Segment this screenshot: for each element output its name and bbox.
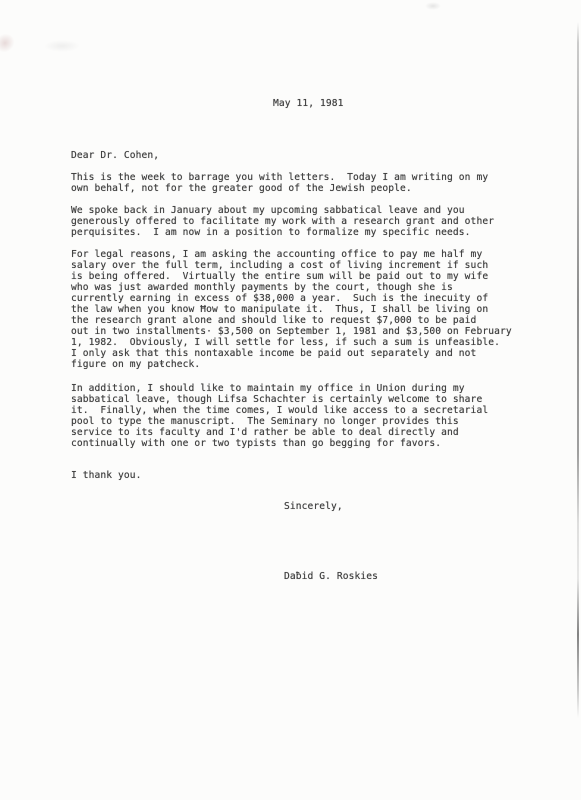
letter-paragraph-4: In addition, I should like to maintain m… [71, 383, 488, 449]
letter-closing: Sincerely, [284, 501, 343, 512]
scanned-letter-page: May 11, 1981 Dear Dr. Cohen, This is the… [0, 0, 581, 800]
letter-paragraph-3: For legal reasons, I am asking the accou… [71, 249, 512, 370]
scan-smudge-left [44, 40, 80, 52]
letter-date: May 11, 1981 [273, 98, 344, 109]
letter-paragraph-2: We spoke back in January about my upcomi… [71, 205, 494, 238]
scan-smudge-top [425, 2, 441, 10]
letter-paragraph-1: This is the week to barrage you with let… [71, 172, 488, 194]
letter-signature-name: Daƀid G. Roskies [284, 571, 378, 582]
letter-thanks-line: I thank you. [71, 470, 142, 481]
scan-smudge-top-left [0, 30, 18, 57]
letter-salutation: Dear Dr. Cohen, [71, 150, 159, 161]
page-edge-scan-line [577, 22, 579, 718]
